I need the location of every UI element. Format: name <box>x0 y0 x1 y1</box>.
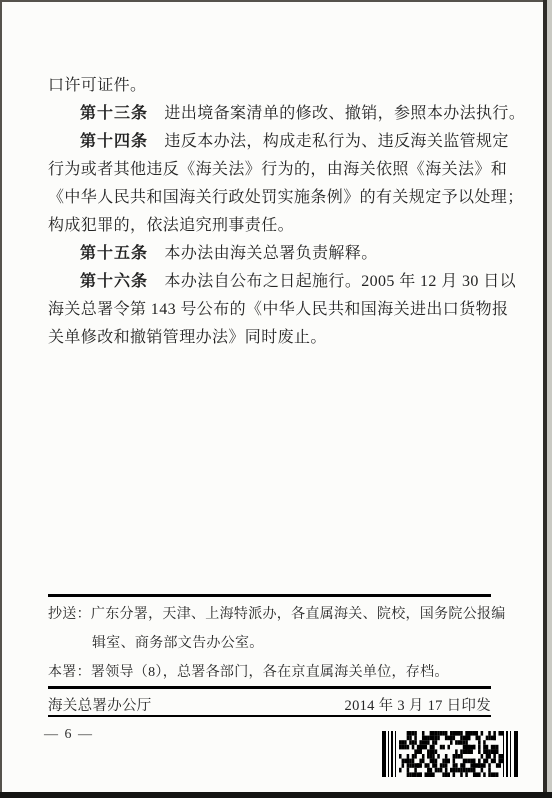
article-number-bold: 第十六条 <box>80 273 148 290</box>
distribution-notes: 抄送：广东分署，天津、上海特派办，各直属海关、院校，国务院公报编 辑室、商务部文… <box>48 600 491 687</box>
scanned-document-page: 口许可证件。 第十三条 进出境备案清单的修改、撤销，参照本办法执行。 第十四条 … <box>0 0 552 798</box>
body-line: 口许可证件。 <box>48 72 508 100</box>
body-line: 构成犯罪的，依法追究刑事责任。 <box>48 212 508 240</box>
article-number-bold: 第十五条 <box>80 245 148 262</box>
scan-edge-bottom <box>0 792 552 798</box>
scan-edge-right-gap <box>547 0 552 798</box>
distribution-note-line: 本署：署领导（8），总署各部门，各在京直属海关单位，存档。 <box>48 658 491 687</box>
body-line: 关单修改和撤销管理办法》同时废止。 <box>48 324 508 352</box>
body-line: 第十四条 违反本办法，构成走私行为、违反海关监管规定 <box>48 128 508 156</box>
body-line: 行为或者其他违反《海关法》行为的，由海关依照《海关法》和 <box>48 156 508 184</box>
article-number-bold: 第十三条 <box>80 105 148 122</box>
footer-rule-bottom <box>48 715 491 717</box>
body-line: 第十六条 本办法自公布之日起施行。2005 年 12 月 30 日以 <box>48 268 508 296</box>
footer-rule-top <box>48 594 491 597</box>
scan-edge-left <box>0 0 2 798</box>
scan-edge-top <box>0 0 552 2</box>
body-line: 第十五条 本办法由海关总署负责解释。 <box>48 240 508 268</box>
barcode-icon <box>382 731 518 777</box>
issuing-office: 海关总署办公厅 <box>48 694 152 715</box>
article-number-bold: 第十四条 <box>80 133 148 150</box>
issue-row: 海关总署办公厅 2014 年 3 月 17 日印发 <box>48 694 491 715</box>
body-line: 《中华人民共和国海关行政处罚实施条例》的有关规定予以处理； <box>48 184 508 212</box>
body-line: 海关总署令第 143 号公布的《中华人民共和国海关进出口货物报 <box>48 296 508 324</box>
distribution-note-line: 抄送：广东分署，天津、上海特派办，各直属海关、院校，国务院公报编 <box>48 600 491 629</box>
page-number: — 6 — <box>44 727 94 743</box>
distribution-note-line: 辑室、商务部文告办公室。 <box>48 629 491 658</box>
document-body: 口许可证件。 第十三条 进出境备案清单的修改、撤销，参照本办法执行。 第十四条 … <box>48 72 508 352</box>
body-line: 第十三条 进出境备案清单的修改、撤销，参照本办法执行。 <box>48 100 508 128</box>
print-date: 2014 年 3 月 17 日印发 <box>345 694 491 715</box>
